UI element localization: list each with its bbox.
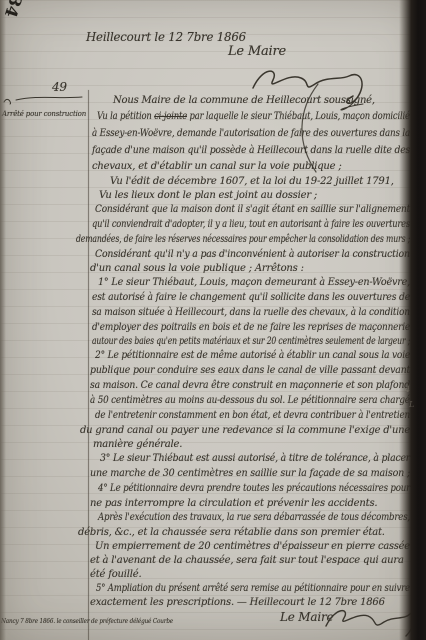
text-line: été fouillé. [90,570,142,580]
text-line: qu'il conviendrait d'adopter, il y a lie… [92,220,410,230]
text-line: Vu les lieux dont le plan est joint au d… [99,191,317,201]
text-line: façade d'une maison qu'il possède à Heil… [92,146,410,156]
margin-rule-line [88,90,89,640]
text-line: sa maison située à Heillecourt, dans la … [92,308,410,318]
text-line: 4° Le pétitionnaire devra prendre toutes… [98,484,410,494]
text-line: Considérant que la maison dont il s'agit… [95,205,410,215]
header-signer-title: Le Maire [228,45,286,58]
text-line: Après l'exécution des travaux, la rue se… [98,513,410,523]
text-line: ne pas interrompre la circulation et pré… [90,499,377,509]
text-line: d'employer des poitrails en bois et de n… [92,323,410,333]
text-line: une marche de 30 centimètres en saillie … [90,469,410,479]
text-line: Vu l'édit de décembre 1607, et la loi du… [110,177,394,187]
page-left-edge [0,0,6,640]
text-line: 5° Ampliation du présent arrêté sera rem… [96,584,410,594]
text-line: Considérant qu'il n'y a pas d'inconvénie… [95,250,410,260]
text-line: autour des baies qu'en petits matériaux … [92,337,410,347]
text-line: chevaux, et d'établir un canal sur la vo… [92,162,342,172]
text-line: du grand canal ou payer une redevance si… [80,426,410,436]
text-line: Vu la pétition ci-jointe par laquelle le… [97,112,410,122]
binding-edge: 4 L [399,0,426,640]
text-line: de l'entretenir constamment en bon état,… [95,411,410,421]
prefecture-note: Nancy 7 8bre 1866. le conseiller de préf… [1,618,173,625]
text-line: publique pour conduire ses eaux dans le … [90,366,410,376]
text-line: et à l'avenant de la chaussée, sera fait… [90,556,404,566]
text-line: d'un canal sous la voie publique ; Arrêt… [90,264,304,274]
header-place-date: Heillecourt le 12 7bre 1866 [86,31,246,43]
margin-note: Arrêté pour construction [2,110,86,118]
text-line: à 50 centimètres au moins au-dessous du … [90,396,410,406]
struck-word: ci-jointe [154,111,187,122]
text-line: manière générale. [93,440,182,450]
text-line: débris, &c., et la chaussée sera rétabli… [78,528,385,538]
text-line: sa maison. Ce canal devra être construit… [90,381,410,391]
text-line: demandées, de faire les réserves nécessa… [76,235,410,245]
register-page: 34 49 Arrêté pour construction Heillecou… [0,0,426,640]
text-line: 2° Le pétitionnaire est de même autorisé… [95,351,410,361]
entry-number-flourish-stroke [2,92,86,106]
text-line: est autorisé à faire le changement qu'il… [92,293,410,303]
text-line: Un empierrement de 20 centimètres d'épai… [95,542,410,552]
text-line: 3° Le sieur Thiébaut est aussi autorisé,… [100,454,410,464]
text-line: à Essey-en-Woëvre, demande l'autorisatio… [92,129,410,139]
text-line: Nous Maire de la commune de Heillecourt … [113,96,375,106]
text-line: 1° Le sieur Thiébaut, Louis, maçon demeu… [98,278,410,288]
